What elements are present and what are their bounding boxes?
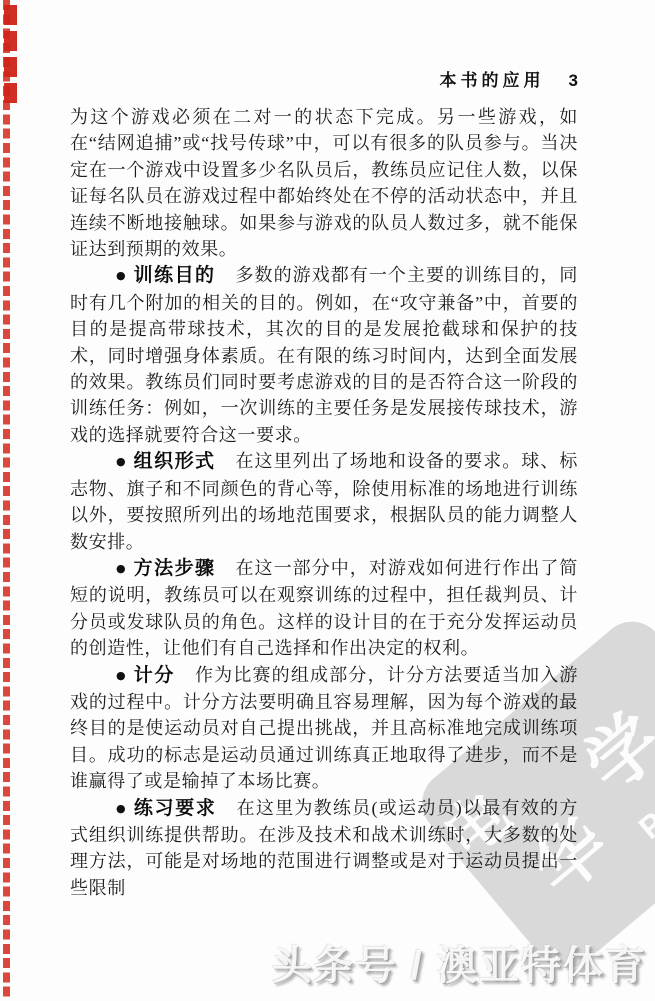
bullet-term: 方法步骤	[134, 558, 216, 579]
paragraph-text: 多数的游戏都有一个主要的训练目的，同时有几个附加的相关的目的。例如，在“攻守兼备…	[70, 265, 578, 444]
paragraph: ●方法步骤在这一部分中，对游戏如何进行作出了简短的说明，教练员可以在观察训练的过…	[70, 555, 578, 662]
header-title: 本书的应用	[440, 71, 545, 90]
bullet-icon: ●	[116, 802, 127, 815]
bullet-icon: ●	[116, 455, 127, 468]
bullet-icon: ●	[116, 269, 127, 282]
red-scan-dash-marks	[3, 0, 10, 1001]
paragraph: ●练习要求在这里为教练员(或运动员)以最有效的方式组织训练提供帮助。在涉及技术和…	[70, 795, 578, 902]
running-header: 本书的应用3	[440, 66, 578, 91]
paragraph-text: 为这个游戏必须在二对一的状态下完成。另一些游戏，如在“结网追捕”或“找号传球”中…	[70, 107, 578, 259]
page-number: 3	[569, 71, 578, 90]
body-text: 为这个游戏必须在二对一的状态下完成。另一些游戏，如在“结网追捕”或“找号传球”中…	[70, 104, 578, 901]
bullet-icon: ●	[116, 562, 127, 575]
bullet-term: 组织形式	[134, 451, 216, 472]
paragraph: 为这个游戏必须在二对一的状态下完成。另一些游戏，如在“结网追捕”或“找号传球”中…	[70, 104, 578, 262]
scanned-book-page: 本书的应用3 电 华 学 PDG 为这个游戏必须在二对一的状态下完成。另一些游戏…	[0, 0, 655, 1001]
red-stamp-marks	[4, 5, 17, 105]
bullet-icon: ●	[116, 669, 127, 682]
bottom-watermark: 头条号 / 澳亚特体育	[272, 934, 647, 991]
paragraph: ●组织形式在这里列出了场地和设备的要求。球、标志物、旗子和不同颜色的背心等，除使…	[70, 448, 578, 555]
bullet-term: 计分	[134, 665, 175, 686]
paragraph: ●计分作为比赛的组成部分，计分方法要适当加入游戏的过程中。计分方法要明确且容易理…	[70, 662, 578, 795]
paragraph: ●训练目的多数的游戏都有一个主要的训练目的，同时有几个附加的相关的目的。例如，在…	[70, 262, 578, 448]
bullet-term: 训练目的	[134, 265, 216, 286]
bullet-term: 练习要求	[134, 798, 217, 819]
